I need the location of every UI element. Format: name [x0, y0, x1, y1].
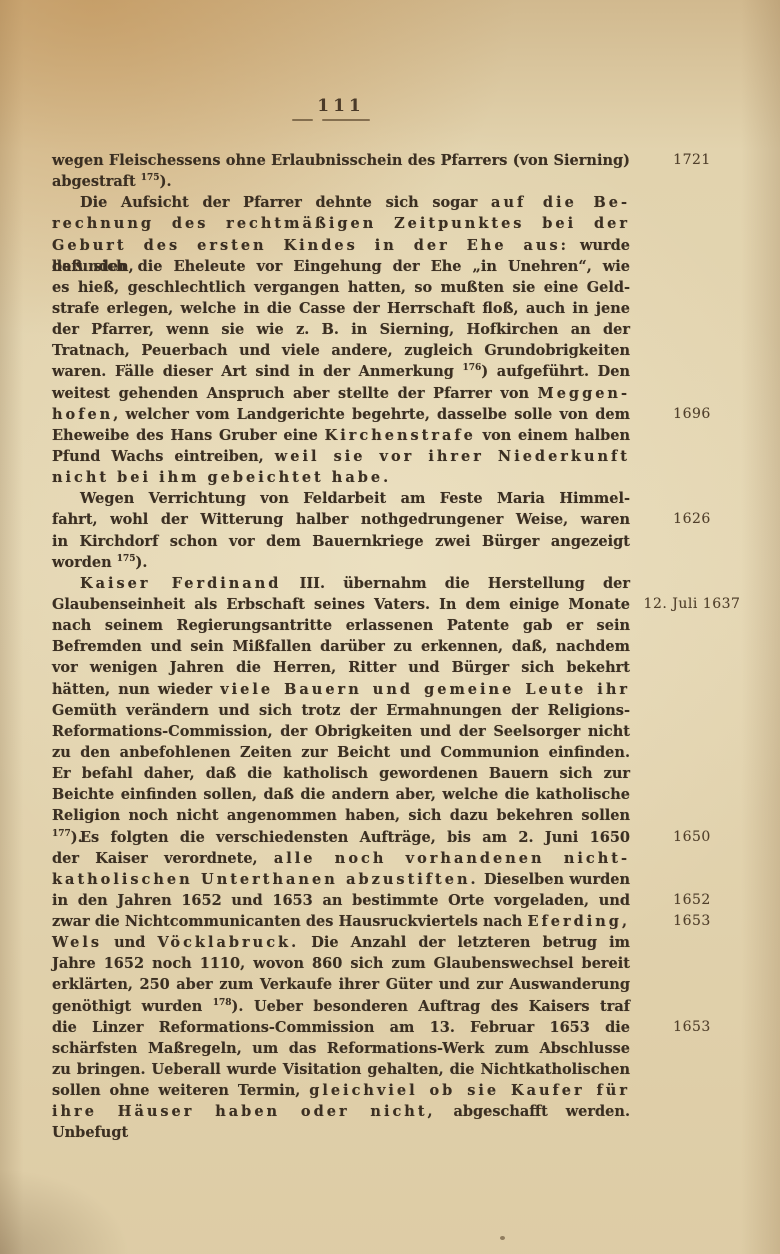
body-text: wegen Fleischessens ohne Erlaubnisschein…	[52, 150, 752, 1122]
line-text: zu bringen. Ueberall wurde Visitation ge…	[52, 1059, 630, 1080]
line-text: zwar die Nichtcommunicanten des Hausruck…	[52, 911, 630, 932]
text-segment: Gemüth verändern und sich trotz der Erma…	[52, 702, 630, 719]
text-line: waren. Fälle dieser Art sind in der Anme…	[52, 361, 752, 382]
text-line: Reformations-Commission, der Obrigkeiten…	[52, 721, 752, 742]
line-text: Reformations-Commission, der Obrigkeiten…	[52, 721, 630, 742]
text-segment: Meggen-	[538, 385, 630, 402]
line-text: die Linzer Reformations-Commission am 13…	[52, 1017, 630, 1038]
text-line: in den Jahren 1652 und 1653 an bestimmte…	[52, 890, 752, 911]
text-line: zu den anbefohlenen Zeiten zur Beicht un…	[52, 742, 752, 763]
text-segment: zu bringen. Ueberall wurde Visitation ge…	[52, 1061, 630, 1078]
text-line: Wels und Vöcklabruck. Die Anzahl der let…	[52, 932, 752, 953]
text-segment: III. übernahm die Herstellung der	[281, 575, 630, 592]
text-line: rechnung des rechtmäßigen Zeitpunktes be…	[52, 213, 752, 234]
footnote-ref: 175	[141, 173, 160, 183]
text-line: Wegen Verrichtung von Feldarbeit am Fest…	[52, 488, 752, 509]
line-text: weitest gehenden Anspruch aber stellte d…	[52, 383, 630, 404]
line-text: erklärten, 250 aber zum Verkaufe ihrer G…	[52, 974, 630, 995]
text-segment: ). Ueber besonderen Auftrag des Kaisers …	[232, 998, 630, 1015]
line-text: waren. Fälle dieser Art sind in der Anme…	[52, 361, 630, 382]
text-segment: erklärten, 250 aber zum Verkaufe ihrer G…	[52, 976, 630, 993]
scanned-book-page: 111 wegen Fleischessens ohne Erlaubnissc…	[0, 0, 780, 1254]
text-line: Beichte einfinden sollen, daß die andern…	[52, 784, 752, 805]
text-line: daß sich die Eheleute vor Eingehung der …	[52, 256, 752, 277]
text-segment: viele Bauern und gemeine Leute ihr	[220, 681, 630, 698]
text-line: erklärten, 250 aber zum Verkaufe ihrer G…	[52, 974, 752, 995]
text-segment: hofen	[52, 406, 113, 423]
text-line: hofen, welcher vom Landgerichte begehrte…	[52, 404, 752, 425]
text-segment: abgestraft	[52, 173, 141, 190]
line-text: Tratnach, Peuerbach und viele andere, zu…	[52, 340, 630, 361]
line-text: schärfsten Maßregeln, um das Reformation…	[52, 1038, 630, 1059]
line-text: nicht bei ihm gebeichtet habe.	[52, 467, 630, 488]
text-segment: Die Anzahl der letzteren betrug im	[299, 934, 630, 951]
text-segment: hätten, nun wieder	[52, 681, 220, 698]
line-text: Er befahl daher, daß die katholisch gewo…	[52, 763, 630, 784]
text-line: Kaiser Ferdinand III. übernahm die Herst…	[52, 573, 752, 594]
text-segment: Befremden und sein Mißfallen darüber zu …	[52, 638, 630, 655]
footnote-ref: 176	[463, 364, 482, 374]
text-line: katholischen Unterthanen abzustiften. Di…	[52, 869, 752, 890]
text-segment: Eferding,	[527, 913, 630, 930]
margin-year: 12. Juli 1637	[627, 594, 757, 615]
text-segment: weitest gehenden Anspruch aber stellte d…	[52, 385, 538, 402]
text-segment: die Linzer Reformations-Commission am 13…	[52, 1019, 630, 1036]
text-segment: , welcher vom Landgerichte begehrte, das…	[113, 406, 630, 423]
text-segment: katholischen Unterthanen abzustiften.	[52, 871, 479, 888]
text-line: die Linzer Reformations-Commission am 13…	[52, 1017, 752, 1038]
text-segment: ihre Häuser haben oder nicht,	[52, 1103, 436, 1120]
text-segment: Tratnach, Peuerbach und viele andere, zu…	[52, 342, 630, 359]
text-segment: Die Aufsicht der Pfarrer dehnte sich sog…	[80, 194, 491, 211]
text-segment: ).	[136, 554, 148, 571]
text-segment: Vöcklabruck.	[158, 934, 300, 951]
text-line: Glaubenseinheit als Erbschaft seines Vat…	[52, 594, 752, 615]
text-line: es hieß, geschlechtlich vergangen hatten…	[52, 277, 752, 298]
line-text: fahrt, wohl der Witterung halber nothged…	[52, 509, 630, 530]
line-text: es hieß, geschlechtlich vergangen hatten…	[52, 277, 630, 298]
text-segment: nach seinem Regierungsantritte erlassene…	[52, 617, 630, 634]
text-segment: worden	[52, 554, 117, 571]
text-line: hätten, nun wieder viele Bauern und geme…	[52, 679, 752, 700]
text-line: schärfsten Maßregeln, um das Reformation…	[52, 1038, 752, 1059]
text-line: Eheweibe des Hans Gruber eine Kirchenstr…	[52, 425, 752, 446]
text-segment: Pfund Wachs eintreiben,	[52, 448, 275, 465]
line-text: zu den anbefohlenen Zeiten zur Beicht un…	[52, 742, 630, 763]
line-text: Es folgten die verschiedensten Aufträge,…	[52, 827, 630, 848]
text-line: Religion noch nicht angenommen haben, si…	[52, 805, 752, 826]
line-text: rechnung des rechtmäßigen Zeitpunktes be…	[52, 213, 630, 234]
ink-speck	[500, 1236, 505, 1240]
text-segment: ).	[160, 173, 172, 190]
text-segment: und	[102, 934, 158, 951]
line-text: Gemüth verändern und sich trotz der Erma…	[52, 700, 630, 721]
text-line: Er befahl daher, daß die katholisch gewo…	[52, 763, 752, 784]
line-text: in Kirchdorf schon vor dem Bauernkriege …	[52, 531, 630, 552]
text-line: Jahre 1652 noch 1110, wovon 860 sich zum…	[52, 953, 752, 974]
footnote-ref: 175	[117, 554, 136, 564]
text-segment: weil sie vor ihrer Niederkunft	[275, 448, 630, 465]
page-number-rule-right	[322, 119, 370, 121]
line-text: Die Aufsicht der Pfarrer dehnte sich sog…	[52, 192, 630, 213]
line-text: Jahre 1652 noch 1110, wovon 860 sich zum…	[52, 953, 630, 974]
line-text: Befremden und sein Mißfallen darüber zu …	[52, 636, 630, 657]
text-line: Pfund Wachs eintreiben, weil sie vor ihr…	[52, 446, 752, 467]
text-segment: Wegen Verrichtung von Feldarbeit am Fest…	[80, 490, 630, 507]
line-text: hätten, nun wieder viele Bauern und geme…	[52, 679, 630, 700]
text-line: genöthigt wurden 178). Ueber besonderen …	[52, 996, 752, 1017]
text-segment: zwar die Nichtcommunicanten des Hausruck…	[52, 913, 527, 930]
text-segment: ) aufgeführt. Den	[481, 363, 630, 380]
line-text: Wels und Vöcklabruck. Die Anzahl der let…	[52, 932, 630, 953]
text-segment: von einem halben	[476, 427, 630, 444]
margin-year: 1696	[627, 404, 757, 425]
line-text: katholischen Unterthanen abzustiften. Di…	[52, 869, 630, 890]
line-text: Glaubenseinheit als Erbschaft seines Vat…	[52, 594, 630, 615]
text-segment: Er befahl daher, daß die katholisch gewo…	[52, 765, 630, 782]
text-segment: schärfsten Maßregeln, um das Reformation…	[52, 1040, 630, 1057]
text-segment: Kaiser Ferdinand	[80, 575, 281, 592]
text-segment: rechnung des rechtmäßigen Zeitpunktes be…	[52, 215, 630, 232]
line-text: in den Jahren 1652 und 1653 an bestimmte…	[52, 890, 630, 911]
text-segment: Dieselben wurden	[479, 871, 630, 888]
text-segment: fahrt, wohl der Witterung halber nothged…	[52, 511, 630, 528]
text-line: Gemüth verändern und sich trotz der Erma…	[52, 700, 752, 721]
text-line: der Pfarrer, wenn sie wie z. B. in Siern…	[52, 319, 752, 340]
text-segment: gleichviel ob sie Kaufer für	[309, 1082, 630, 1099]
line-text: ihre Häuser haben oder nicht, abgeschaff…	[52, 1101, 630, 1143]
text-line: ihre Häuser haben oder nicht, abgeschaff…	[52, 1101, 752, 1122]
text-segment: Kirchenstrafe	[325, 427, 476, 444]
text-line: der Kaiser verordnete, alle noch vorhand…	[52, 848, 752, 869]
text-line: sollen ohne weiteren Termin, gleichviel …	[52, 1080, 752, 1101]
text-segment: auf die Be-	[491, 194, 630, 211]
margin-year: 1653	[627, 911, 757, 932]
text-line: vor wenigen Jahren die Herren, Ritter un…	[52, 657, 752, 678]
text-segment: wegen Fleischessens ohne Erlaubnisschein…	[52, 152, 630, 169]
text-line: weitest gehenden Anspruch aber stellte d…	[52, 383, 752, 404]
text-line: nicht bei ihm gebeichtet habe.	[52, 467, 752, 488]
line-text: abgestraft 175).	[52, 171, 630, 192]
page-number-rule-left	[292, 119, 313, 121]
page-number: 111	[52, 96, 630, 116]
text-segment: genöthigt wurden	[52, 998, 213, 1015]
line-text: Pfund Wachs eintreiben, weil sie vor ihr…	[52, 446, 630, 467]
line-text: nach seinem Regierungsantritte erlassene…	[52, 615, 630, 636]
text-line: in Kirchdorf schon vor dem Bauernkriege …	[52, 531, 752, 552]
text-line: abgestraft 175).	[52, 171, 752, 192]
text-segment: der Kaiser verordnete,	[52, 850, 274, 867]
line-text: hofen, welcher vom Landgerichte begehrte…	[52, 404, 630, 425]
text-line: Es folgten die verschiedensten Aufträge,…	[52, 827, 752, 848]
text-line: zu bringen. Ueberall wurde Visitation ge…	[52, 1059, 752, 1080]
text-segment: strafe erlegen, welche in die Casse der …	[52, 300, 630, 317]
text-line: zwar die Nichtcommunicanten des Hausruck…	[52, 911, 752, 932]
text-line: Die Aufsicht der Pfarrer dehnte sich sog…	[52, 192, 752, 213]
line-text: der Kaiser verordnete, alle noch vorhand…	[52, 848, 630, 869]
text-segment: sollen ohne weiteren Termin,	[52, 1082, 309, 1099]
margin-year: 1652	[627, 890, 757, 911]
text-segment: nicht bei ihm gebeichtet habe.	[52, 469, 391, 486]
text-segment: zu den anbefohlenen Zeiten zur Beicht un…	[52, 744, 630, 761]
text-segment: Reformations-Commission, der Obrigkeiten…	[52, 723, 630, 740]
text-segment: waren. Fälle dieser Art sind in der Anme…	[52, 363, 463, 380]
text-segment: alle noch vorhandenen nicht-	[274, 850, 630, 867]
text-line: wegen Fleischessens ohne Erlaubnisschein…	[52, 150, 752, 171]
text-segment: Geburt des ersten Kindes in der Ehe aus	[52, 237, 561, 254]
margin-year: 1721	[627, 150, 757, 171]
text-line: Tratnach, Peuerbach und viele andere, zu…	[52, 340, 752, 361]
footnote-ref: 178	[213, 998, 232, 1008]
text-segment: Wels	[52, 934, 102, 951]
line-text: strafe erlegen, welche in die Casse der …	[52, 298, 630, 319]
text-segment: Religion noch nicht angenommen haben, si…	[52, 807, 630, 824]
margin-year: 1653	[627, 1017, 757, 1038]
line-text: der Pfarrer, wenn sie wie z. B. in Siern…	[52, 319, 630, 340]
text-segment: Eheweibe des Hans Gruber eine	[52, 427, 325, 444]
line-text: Eheweibe des Hans Gruber eine Kirchenstr…	[52, 425, 630, 446]
text-segment: daß sich die Eheleute vor Eingehung der …	[52, 258, 630, 275]
line-text: Wegen Verrichtung von Feldarbeit am Fest…	[52, 488, 630, 509]
text-line: Geburt des ersten Kindes in der Ehe aus:…	[52, 235, 752, 256]
line-text: Kaiser Ferdinand III. übernahm die Herst…	[52, 573, 630, 594]
text-line: Befremden und sein Mißfallen darüber zu …	[52, 636, 752, 657]
text-segment: es hieß, geschlechtlich vergangen hatten…	[52, 279, 630, 296]
text-segment: in Kirchdorf schon vor dem Bauernkriege …	[52, 533, 630, 550]
line-text: Beichte einfinden sollen, daß die andern…	[52, 784, 630, 805]
text-segment: Es folgten die verschiedensten Aufträge,…	[80, 829, 630, 846]
text-segment: Beichte einfinden sollen, daß die andern…	[52, 786, 630, 803]
text-line: worden 175).	[52, 552, 752, 573]
margin-year: 1650	[627, 827, 757, 848]
line-text: sollen ohne weiteren Termin, gleichviel …	[52, 1080, 630, 1101]
text-segment: Glaubenseinheit als Erbschaft seines Vat…	[52, 596, 630, 613]
line-text: vor wenigen Jahren die Herren, Ritter un…	[52, 657, 630, 678]
text-segment: der Pfarrer, wenn sie wie z. B. in Siern…	[52, 321, 630, 338]
line-text: genöthigt wurden 178). Ueber besonderen …	[52, 996, 630, 1017]
text-segment: Jahre 1652 noch 1110, wovon 860 sich zum…	[52, 955, 630, 972]
line-text: wegen Fleischessens ohne Erlaubnisschein…	[52, 150, 630, 171]
text-segment: vor wenigen Jahren die Herren, Ritter un…	[52, 659, 630, 676]
text-line: nach seinem Regierungsantritte erlassene…	[52, 615, 752, 636]
line-text: daß sich die Eheleute vor Eingehung der …	[52, 256, 630, 277]
text-segment: in den Jahren 1652 und 1653 an bestimmte…	[52, 892, 630, 909]
text-line: fahrt, wohl der Witterung halber nothged…	[52, 509, 752, 530]
line-text: worden 175).	[52, 552, 630, 573]
margin-year: 1626	[627, 509, 757, 530]
text-line: strafe erlegen, welche in die Casse der …	[52, 298, 752, 319]
